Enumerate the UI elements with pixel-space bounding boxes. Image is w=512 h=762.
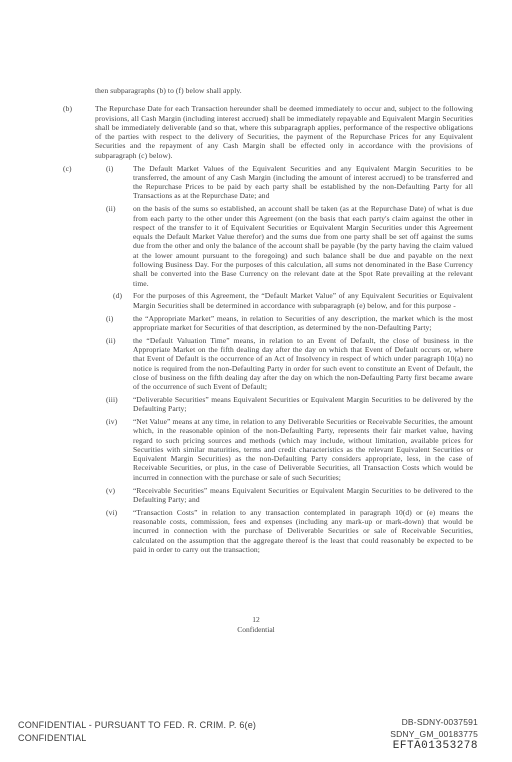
footer-bates-stamp: EFTA01353278 <box>390 741 478 753</box>
paragraph-text: on the basis of the sums so established,… <box>133 204 473 288</box>
footer-confidential-line2: CONFIDENTIAL <box>18 732 256 745</box>
page-number-block: 12 Confidential <box>0 615 512 635</box>
paragraph-sublabel: (d) <box>95 291 133 310</box>
paragraph-label <box>63 336 95 392</box>
paragraph-row-d-iii: (iii) “Deliverable Securities” means Equ… <box>63 395 473 414</box>
paragraph-label <box>63 486 95 505</box>
paragraph-text: “Transaction Costs” in relation to any t… <box>133 508 473 554</box>
paragraph-text: “Receivable Securities” means Equivalent… <box>133 486 473 505</box>
paragraph-label <box>63 204 95 288</box>
document-body: then subparagraphs (b) to (f) below shal… <box>63 86 473 558</box>
paragraph-sublabel: (ii) <box>95 204 133 288</box>
footer-confidential-line1: CONFIDENTIAL - PURSUANT TO FED. R. CRIM.… <box>18 719 256 732</box>
paragraph-text: “Deliverable Securities” means Equivalen… <box>133 395 473 414</box>
paragraph-row-d-v: (v) “Receivable Securities” means Equiva… <box>63 486 473 505</box>
paragraph-row-d-i: (i) the “Appropriate Market” means, in r… <box>63 314 473 333</box>
paragraph-row-d-ii: (ii) the “Default Valuation Time” means,… <box>63 336 473 392</box>
document-page: then subparagraphs (b) to (f) below shal… <box>0 0 512 762</box>
paragraph-sublabel: (i) <box>95 164 133 201</box>
paragraph-row-d-iv: (iv) “Net Value” means at any time, in r… <box>63 417 473 482</box>
paragraph-label <box>63 314 95 333</box>
paragraph-row-d: (d) For the purposes of this Agreement, … <box>63 291 473 310</box>
paragraph-label: (c) <box>63 164 95 201</box>
paragraph-text: the “Appropriate Market” means, in relat… <box>133 314 473 333</box>
paragraph-sublabel: (i) <box>95 314 133 333</box>
paragraph-label <box>63 417 95 482</box>
intro-line: then subparagraphs (b) to (f) below shal… <box>95 86 473 95</box>
paragraph-sublabel: (iv) <box>95 417 133 482</box>
paragraph-label <box>63 395 95 414</box>
paragraph-label <box>63 291 95 310</box>
footer-production-number-1: DB-SDNY-0037591 <box>390 717 478 729</box>
paragraph-text: The Default Market Values of the Equival… <box>133 164 473 201</box>
paragraph-sublabel: (iii) <box>95 395 133 414</box>
paragraph-sublabel: (v) <box>95 486 133 505</box>
paragraph-text: For the purposes of this Agreement, the … <box>133 291 473 310</box>
footer-production-number-2: SDNY_GM_00183775 <box>390 729 478 741</box>
paragraph-row-d-vi: (vi) “Transaction Costs” in relation to … <box>63 508 473 554</box>
paragraph-text: “Net Value” means at any time, in relati… <box>133 417 473 482</box>
paragraph-sublabel: (ii) <box>95 336 133 392</box>
paragraph-label: (b) <box>63 104 95 160</box>
paragraph-sublabel: (vi) <box>95 508 133 554</box>
paragraph-row-c-i: (c) (i) The Default Market Values of the… <box>63 164 473 201</box>
paragraph-row-c-ii: (ii) on the basis of the sums so establi… <box>63 204 473 288</box>
paragraph-text: The Repurchase Date for each Transaction… <box>95 104 473 160</box>
page-confidential-label: Confidential <box>0 625 512 635</box>
paragraph-row-b: (b) The Repurchase Date for each Transac… <box>63 104 473 160</box>
footer-confidential-block: CONFIDENTIAL - PURSUANT TO FED. R. CRIM.… <box>18 719 256 744</box>
paragraph-text: the “Default Valuation Time” means, in r… <box>133 336 473 392</box>
footer-bates-block: DB-SDNY-0037591 SDNY_GM_00183775 EFTA013… <box>390 717 478 752</box>
page-number: 12 <box>0 615 512 625</box>
paragraph-label <box>63 508 95 554</box>
